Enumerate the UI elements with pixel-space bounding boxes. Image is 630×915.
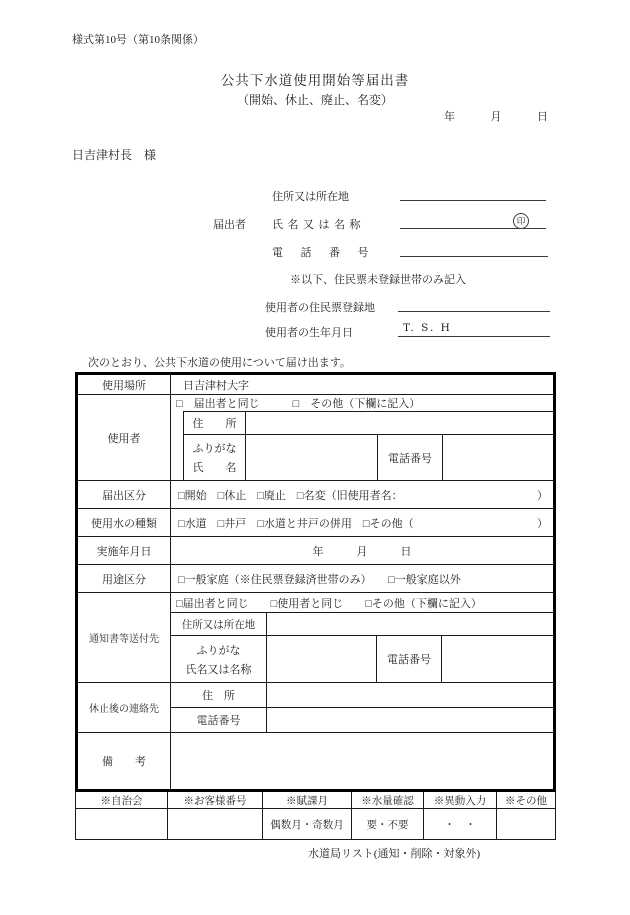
user-address-value — [246, 412, 553, 434]
form-number: 様式第10号（第10条関係） — [72, 31, 204, 47]
row-category: 届出区分 □開始 □休止 □廃止 □名変（旧使用者名： ） — [78, 480, 553, 508]
month-label: 月 — [491, 108, 502, 124]
registry-label: 使用者の住民票登録地 — [265, 299, 375, 315]
user-furigana-label: ふりがな — [193, 440, 237, 456]
birth-label: 使用者の生年月日 — [265, 324, 353, 340]
office-value-customer-number — [168, 809, 263, 839]
category-label: 届出区分 — [78, 481, 171, 508]
day-label: 日 — [537, 108, 548, 124]
row-usage: 用途区分 □一般家庭（※住民票登録済世帯のみ） □一般家庭以外 — [78, 564, 553, 592]
office-header-row: ※自治会 ※お客様番号 ※賦課月 ※水量確認 ※異動入力 ※その他 — [76, 792, 555, 808]
office-header-customer-number: ※お客様番号 — [168, 792, 263, 808]
notice-phone-label: 電話番号 — [377, 636, 442, 682]
registry-note: ※以下、住民票未登録世帯のみ記入 — [290, 271, 466, 287]
notice-options: □届出者と同じ □使用者と同じ □その他（下欄に記入） — [171, 593, 553, 613]
office-header-other: ※その他 — [497, 792, 555, 808]
office-use-table: ※自治会 ※お客様番号 ※賦課月 ※水量確認 ※異動入力 ※その他 偶数月・奇数… — [75, 792, 556, 840]
water-type-options: □水道 □井戸 □水道と井戸の併用 □その他（ — [178, 515, 414, 531]
office-header-change-input: ※異動入力 — [424, 792, 497, 808]
office-header-levy-month: ※賦課月 — [263, 792, 352, 808]
office-value-row: 偶数月・奇数月 要・不要 ・ ・ — [76, 808, 555, 839]
category-options: □開始 □休止 □廃止 □名変（旧使用者名： — [178, 487, 403, 503]
office-value-levy-month: 偶数月・奇数月 — [263, 809, 352, 839]
place-label: 使用場所 — [78, 375, 171, 394]
row-notice-address: 通知書等送付先 □届出者と同じ □使用者と同じ □その他（下欄に記入） 住所又は… — [78, 592, 553, 682]
document-page: 様式第10号（第10条関係） 公共下水道使用開始等届出書 （開始、休止、廃止、名… — [0, 0, 630, 915]
user-phone-label: 電話番号 — [378, 435, 443, 480]
notice-name-label: ふりがな 氏名又は名称 — [171, 636, 267, 682]
user-name-label: ふりがな 氏 名 — [184, 435, 246, 480]
user-name-text: 氏 名 — [193, 459, 237, 475]
suspend-address-label: 住 所 — [171, 683, 267, 707]
remarks-label: 備 考 — [78, 733, 171, 789]
row-implementation-date: 実施年月日 年 月 日 — [78, 536, 553, 564]
row-place: 使用場所 日吉津村大字 — [78, 375, 553, 394]
suspend-phone-value — [267, 708, 553, 732]
implementation-date-label: 実施年月日 — [78, 537, 171, 564]
page-title: 公共下水道使用開始等届出書 — [0, 69, 630, 89]
suspend-label: 休止後の連絡先 — [78, 683, 171, 732]
office-value-water-check: 要・不要 — [352, 809, 424, 839]
office-value-other — [497, 809, 555, 839]
user-options: □ 届出者と同じ □ その他（下欄に記入） — [171, 395, 553, 411]
notice-label: 通知書等送付先 — [78, 593, 171, 682]
notice-name-text: 氏名又は名称 — [186, 661, 252, 677]
applicant-name-label: 氏名又は名称 — [272, 216, 365, 232]
addressee: 日吉津村長 様 — [72, 146, 156, 163]
birth-line: T. S. H — [398, 322, 550, 337]
notice-furigana-label: ふりがな — [197, 642, 241, 658]
office-value-change-input: ・ ・ — [424, 809, 497, 839]
footer-note: 水道局リスト(通知・削除・対象外) — [308, 845, 480, 861]
user-name-value — [246, 435, 378, 480]
intro-text: 次のとおり、公共下水道の使用について届け出ます。 — [88, 354, 351, 370]
usage-label: 用途区分 — [78, 565, 171, 592]
applicant-phone-label: 電話番号 — [272, 244, 386, 260]
notice-phone-value — [442, 636, 553, 682]
place-value: 日吉津村大字 — [171, 375, 553, 394]
implementation-date-value: 年 月 日 — [171, 537, 553, 564]
applicant-phone-line — [400, 244, 548, 257]
suspend-phone-label: 電話番号 — [171, 708, 267, 732]
category-paren-close: ） — [537, 487, 553, 503]
user-label: 使用者 — [78, 395, 171, 480]
water-type-label: 使用水の種類 — [78, 509, 171, 536]
year-label: 年 — [444, 108, 455, 124]
date-line: 年 月 日 — [444, 108, 548, 124]
user-detail-box: 住 所 ふりがな 氏 名 電話番号 — [183, 411, 553, 480]
user-address-label: 住 所 — [184, 412, 246, 434]
user-phone-value — [443, 435, 553, 480]
office-header-water-check: ※水量確認 — [352, 792, 424, 808]
water-type-paren-close: ） — [537, 515, 553, 531]
row-suspend-contact: 休止後の連絡先 住 所 電話番号 — [78, 682, 553, 732]
page-subtitle: （開始、休止、廃止、名変） — [0, 91, 630, 108]
applicant-group-label: 届出者 — [213, 216, 246, 232]
applicant-address-label: 住所又は所在地 — [272, 188, 349, 204]
office-header-jichikai: ※自治会 — [76, 792, 168, 808]
usage-options: □一般家庭（※住民票登録済世帯のみ） □一般家庭以外 — [171, 565, 553, 592]
suspend-address-value — [267, 683, 553, 707]
notice-address-value — [267, 613, 553, 635]
row-water-type: 使用水の種類 □水道 □井戸 □水道と井戸の併用 □その他（ ） — [78, 508, 553, 536]
row-remarks: 備 考 — [78, 732, 553, 789]
office-value-jichikai — [76, 809, 168, 839]
notice-address-label: 住所又は所在地 — [171, 613, 267, 635]
applicant-address-line — [400, 188, 546, 201]
registry-line — [398, 299, 550, 312]
remarks-value — [171, 733, 553, 789]
notice-name-value — [267, 636, 377, 682]
main-form-table: 使用場所 日吉津村大字 使用者 □ 届出者と同じ □ その他（下欄に記入） 住 … — [75, 372, 556, 792]
row-user: 使用者 □ 届出者と同じ □ その他（下欄に記入） 住 所 ふりがな 氏 名 — [78, 394, 553, 480]
seal-icon: 印 — [513, 213, 529, 229]
